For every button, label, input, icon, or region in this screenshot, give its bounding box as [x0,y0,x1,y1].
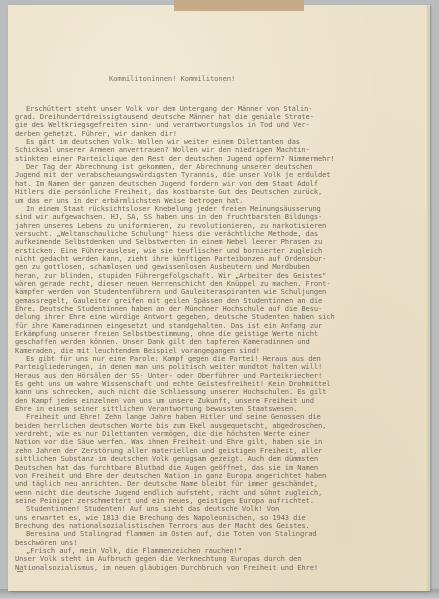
text-line: Nationalsozialismus, im neuen gläubigen … [15,564,415,572]
paper-edge [427,5,430,591]
leaflet-text: Kommilitoninnen! Kommilitonen! Erschütte… [15,58,415,580]
leaflet-body: Erschüttert steht unser Volk vor dem Unt… [15,105,415,572]
adhesive-tape [174,0,304,11]
leaflet-title: Kommilitoninnen! Kommilitonen! [15,75,415,83]
pencil-mark [17,571,23,572]
